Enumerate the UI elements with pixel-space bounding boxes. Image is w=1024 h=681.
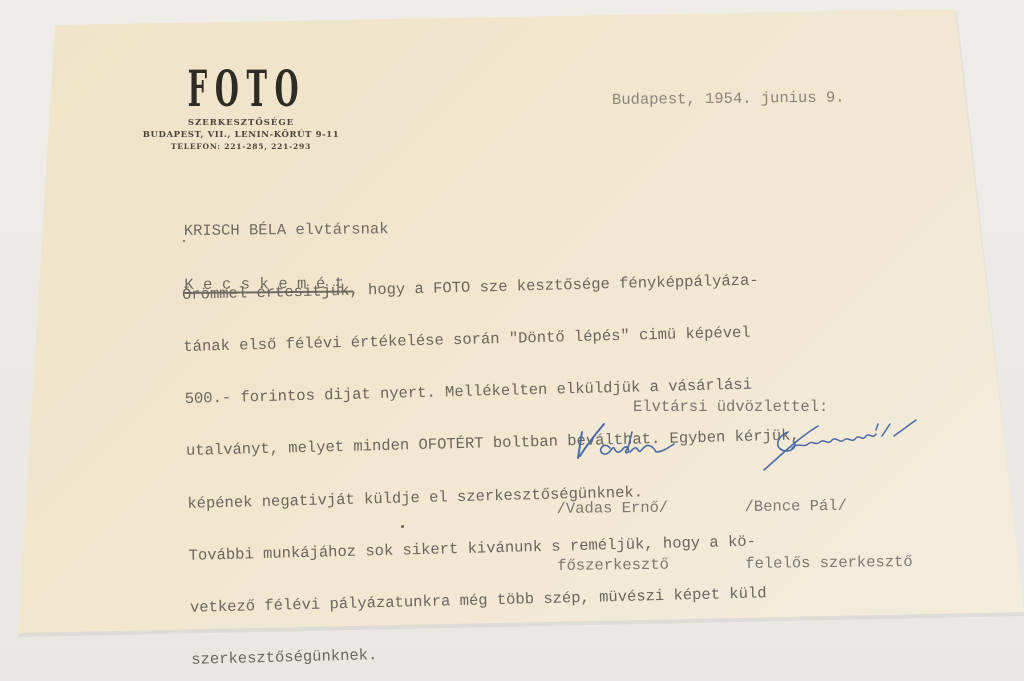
ink-speck <box>401 525 404 528</box>
signatory-2: /Bence Pál/ felelős szerkesztő <box>744 458 913 593</box>
letterhead-department: SZERKESZTŐSÉGE <box>110 118 372 128</box>
signatory-1-name: /Vadas Ernő/ <box>556 499 668 519</box>
letterhead: FOTO SZERKESZTŐSÉGE BUDAPEST, VII., LENI… <box>110 62 372 151</box>
letter-body: Örömmel értesitjük, hogy a FOTO sze kesz… <box>181 236 806 681</box>
signatory-2-name: /Bence Pál/ <box>744 496 912 517</box>
signatory-2-title: felelős szerkesztő <box>745 553 913 574</box>
signatory-1-title: főszerkesztő <box>557 556 669 576</box>
body-line: tának első félévi értékelése során "Dönt… <box>183 323 797 356</box>
body-line: szerkesztőségünknek. <box>191 637 805 670</box>
body-line: További munkájához sok sikert kivánunk s… <box>188 532 802 565</box>
closing-salutation: Elvtársi üdvözlettel: <box>633 398 828 416</box>
addressee-name: KRISCH BÉLA elvtársnak <box>184 220 389 240</box>
ink-speck <box>183 240 185 242</box>
letterhead-address: BUDAPEST, VII., LENIN-KÖRÚT 9-11 <box>110 130 372 140</box>
body-line: vetkező félévi pályázatunkra még több sz… <box>190 584 804 617</box>
dateline: Budapest, 1954. junius 9. <box>612 89 845 109</box>
body-line: képének negativját küldje el szerkesztős… <box>187 480 801 513</box>
signatory-1: /Vadas Ernő/ főszerkesztő <box>556 461 669 595</box>
body-line: utalványt, melyet minden OFOTÉRT boltban… <box>186 428 800 461</box>
letterhead-logo: FOTO <box>178 62 316 116</box>
body-line: Örömmel értesitjük, hogy a FOTO sze kesz… <box>182 271 796 304</box>
letterhead-phone: TELEFON: 221-285, 221-293 <box>110 142 372 151</box>
